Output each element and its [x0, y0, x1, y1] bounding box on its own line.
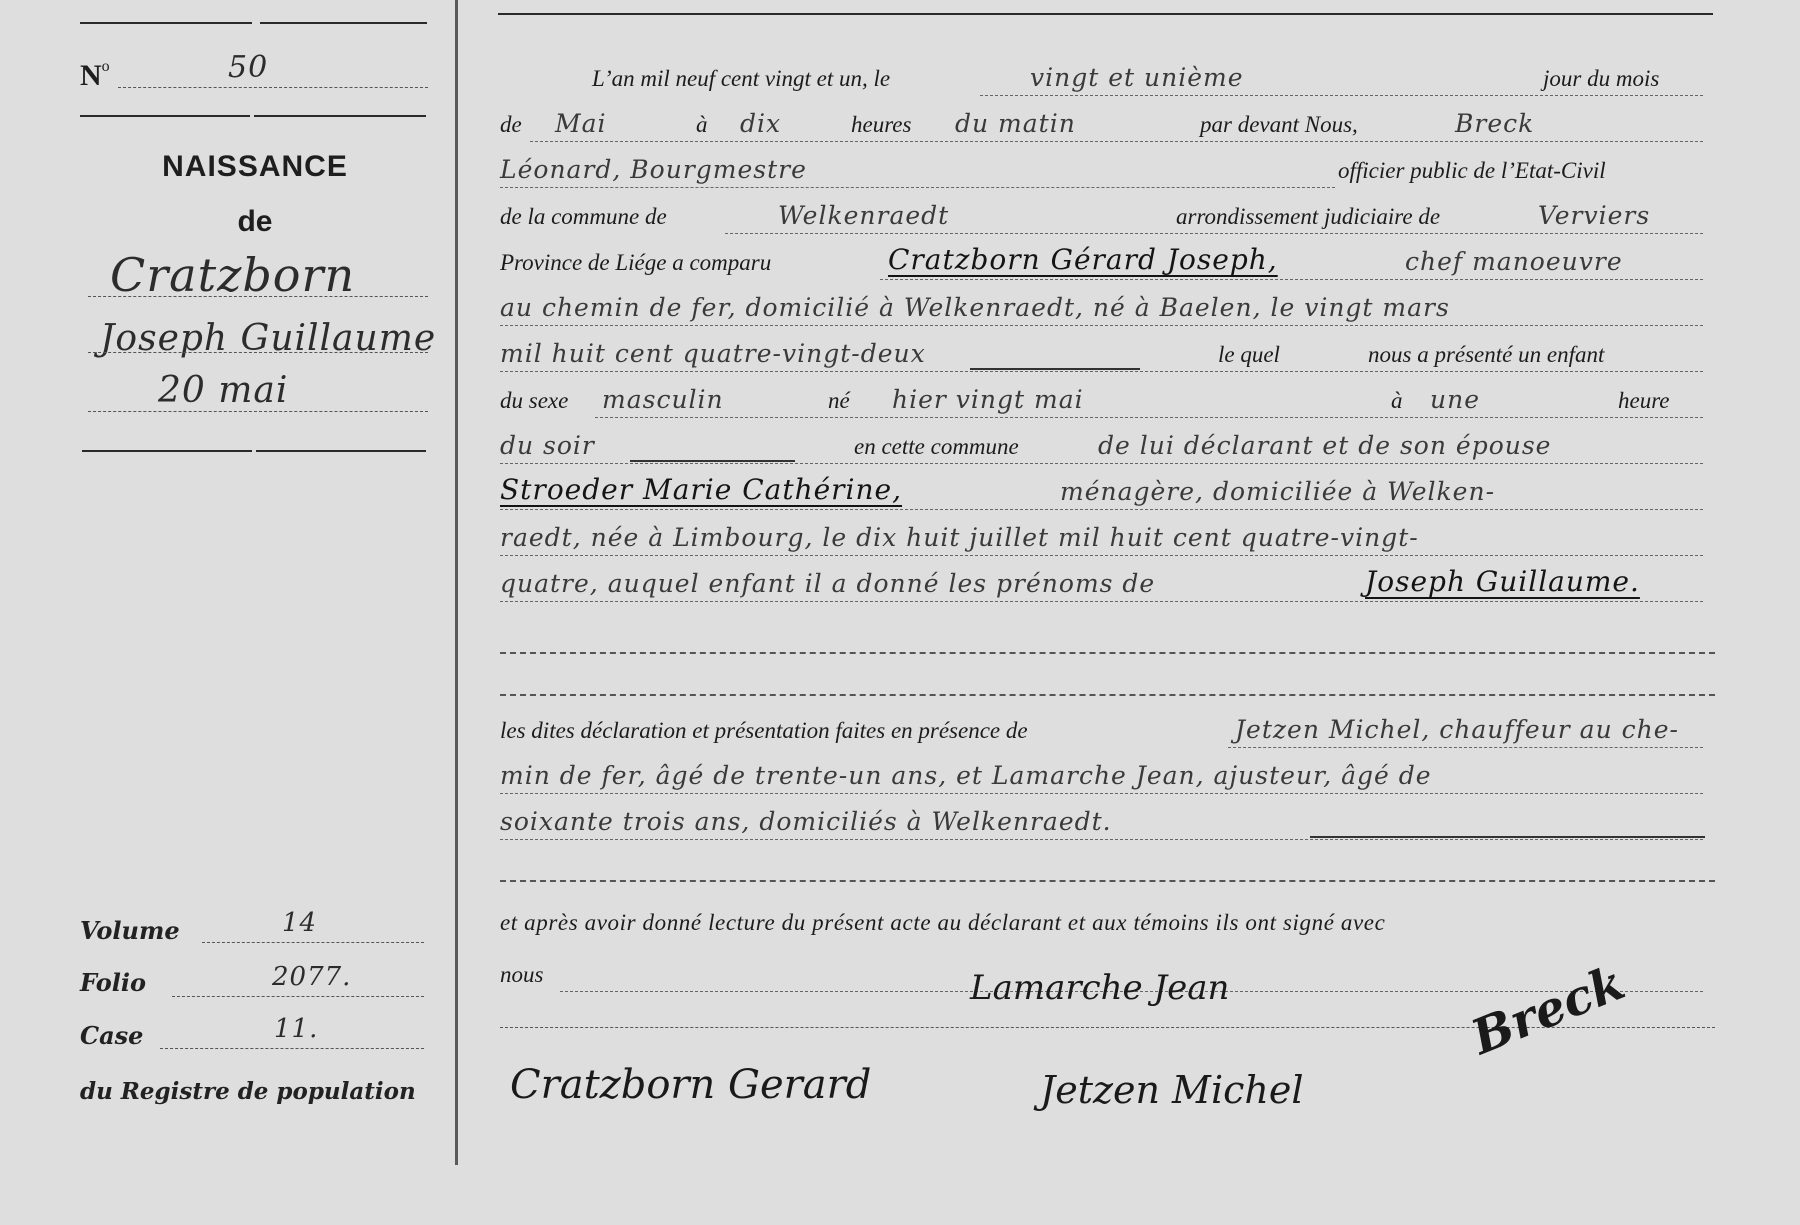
- act-line-1: L’an mil neuf cent vingt et un, le vingt…: [500, 56, 1715, 100]
- printed-text: jour du mois: [1535, 66, 1659, 92]
- act-line-4: de la commune de Welkenraedt arrondissem…: [500, 194, 1715, 238]
- fill-line: [500, 555, 1703, 556]
- signature-witness-2: Lamarche Jean: [970, 968, 1229, 1008]
- printed-text: et après avoir donné lecture du présent …: [500, 910, 1385, 936]
- folio-label: Folio: [80, 968, 146, 997]
- act-line-6: au chemin de fer, domicilié à Welkenraed…: [500, 286, 1715, 330]
- folio-line: [172, 996, 424, 997]
- printed-text: nous: [500, 962, 551, 988]
- record-type-title: NAISSANCE: [0, 150, 510, 184]
- judicial-district: Verviers: [1538, 201, 1650, 230]
- top-rule-left: [80, 22, 252, 24]
- day-of-month: vingt et unième: [1030, 63, 1244, 92]
- mother-occupation: ménagère, domiciliée à Welken-: [1060, 477, 1495, 506]
- blank-line: [500, 880, 1715, 882]
- fill-line: [500, 371, 1703, 372]
- child-surname: Cratzborn: [110, 248, 355, 302]
- fill-line: [500, 793, 1703, 794]
- declarant-birth-year: mil huit cent quatre-vingt-deux: [500, 339, 926, 368]
- printed-text: par devant Nous,: [1192, 112, 1366, 138]
- fill-line: [500, 509, 1703, 510]
- closing-line-1: et après avoir donné lecture du présent …: [500, 900, 1715, 944]
- witness-line-3: soixante trois ans, domiciliés à Welkenr…: [500, 800, 1715, 844]
- act-body: L’an mil neuf cent vingt et un, le vingt…: [500, 0, 1730, 1225]
- fill-line: [530, 141, 1703, 142]
- act-line-7: mil huit cent quatre-vingt-deux le quel …: [500, 332, 1715, 376]
- printed-text: du sexe: [500, 388, 568, 414]
- volume-label: Volume: [80, 916, 180, 945]
- commune: Welkenraedt: [778, 201, 949, 230]
- act-line-9: du soir en cette commune de lui déclaran…: [500, 424, 1715, 468]
- printed-text: heures: [845, 112, 917, 138]
- act-line-10: Stroeder Marie Cathérine, ménagère, domi…: [500, 470, 1715, 514]
- record-number: 50: [228, 50, 268, 85]
- given-names-line: [88, 352, 428, 353]
- witness-1-details: Jetzen Michel, chauffeur au che-: [1235, 715, 1679, 744]
- fill-line: [1228, 747, 1703, 748]
- parents-relation: de lui déclarant et de son épouse: [1098, 431, 1551, 460]
- folio-value: 2077.: [272, 962, 351, 992]
- printed-text: né: [822, 388, 856, 414]
- act-line-12: quatre, auquel enfant il a donné les pré…: [500, 562, 1715, 606]
- rule-under-number-left: [80, 115, 250, 117]
- surname-line: [88, 296, 428, 297]
- blank-segment: [630, 460, 795, 462]
- fill-line: [500, 187, 1335, 188]
- act-line-11: raedt, née à Limbourg, le dix huit juill…: [500, 516, 1715, 560]
- mother-name: Stroeder Marie Cathérine,: [500, 473, 902, 506]
- act-line-2: de Mai à dix heures du matin par devant …: [500, 102, 1715, 146]
- case-value: 11.: [274, 1014, 318, 1044]
- blank-segment: [1310, 836, 1705, 838]
- printed-text: de: [500, 112, 522, 138]
- officer-surname: Breck: [1455, 109, 1534, 138]
- child-given-names: Joseph Guillaume.: [1365, 565, 1640, 598]
- blank-line: [500, 652, 1715, 654]
- rule-under-name-right: [256, 450, 426, 452]
- child-sex: masculin: [602, 385, 724, 414]
- fill-line: [880, 279, 1703, 280]
- declarant-name: Cratzborn Gérard Joseph,: [888, 243, 1278, 276]
- birth-date-margin: 20 mai: [158, 370, 288, 411]
- case-label: Case: [80, 1021, 143, 1050]
- printed-text: arrondissement judiciaire de: [1168, 204, 1448, 230]
- birth-day: hier vingt mai: [892, 385, 1084, 414]
- printed-text: Province de Liége a comparu: [500, 250, 771, 276]
- vertical-divider: [455, 0, 458, 1165]
- printed-text: officier public de l’Etat-Civil: [1338, 158, 1606, 184]
- number-label: No: [80, 58, 110, 93]
- date-line: [88, 411, 428, 412]
- rule-under-name-left: [82, 450, 252, 452]
- printed-text: heure: [1612, 388, 1676, 414]
- signature-witness-1: Jetzen Michel: [1040, 1068, 1304, 1112]
- witness-line-1: les dites déclaration et présentation fa…: [500, 708, 1715, 752]
- witness-line-2: min de fer, âgé de trente-un ans, et Lam…: [500, 754, 1715, 798]
- declarant-details: au chemin de fer, domicilié à Welkenraed…: [500, 293, 1450, 322]
- fill-line: [725, 233, 1703, 234]
- number-dotted-line: [118, 87, 428, 88]
- act-line-8: du sexe masculin né hier vingt mai à une…: [500, 378, 1715, 422]
- printed-text: L’an mil neuf cent vingt et un, le: [592, 66, 890, 92]
- printed-text: le quel: [1212, 342, 1286, 368]
- blank-line: [500, 694, 1715, 696]
- hour: dix: [740, 109, 781, 138]
- birth-hour: une: [1430, 385, 1480, 414]
- declarant-occupation: chef manoeuvre: [1405, 247, 1623, 276]
- act-line-3: Léonard, Bourgmestre officier public de …: [500, 148, 1715, 192]
- month: Mai: [555, 109, 607, 138]
- printed-text: en cette commune: [848, 434, 1025, 460]
- birth-time-of-day: du soir: [500, 431, 595, 460]
- printed-text: à: [1385, 388, 1409, 414]
- mother-details: raedt, née à Limbourg, le dix huit juill…: [500, 523, 1419, 552]
- act-line-5: Province de Liége a comparu Cratzborn Gé…: [500, 240, 1715, 284]
- witnesses-domicile: soixante trois ans, domiciliés à Welkenr…: [500, 807, 1112, 836]
- time-of-day: du matin: [955, 109, 1076, 138]
- fill-line: [500, 839, 1703, 840]
- top-rule-right: [260, 22, 427, 24]
- fill-line: [500, 325, 1703, 326]
- rule-under-number-right: [254, 115, 426, 117]
- volume-line: [202, 942, 424, 943]
- fill-line: [595, 417, 1703, 418]
- signature-declarant: Cratzborn Gerard: [510, 1062, 871, 1108]
- witness-2-details: min de fer, âgé de trente-un ans, et Lam…: [500, 761, 1432, 790]
- birth-certificate-page: No 50 NAISSANCE de Cratzborn Joseph Guil…: [0, 0, 1800, 1225]
- printed-text: à: [690, 112, 714, 138]
- blank-segment: [970, 368, 1140, 370]
- fill-line: [500, 601, 1703, 602]
- top-rule: [498, 13, 1713, 15]
- registry-footer: du Registre de population: [80, 1078, 416, 1105]
- printed-text: de la commune de: [500, 204, 667, 230]
- printed-text: les dites déclaration et présentation fa…: [500, 718, 1028, 744]
- margin-panel: No 50 NAISSANCE de Cratzborn Joseph Guil…: [0, 0, 455, 1225]
- record-type-de: de: [0, 205, 510, 239]
- officer-name-title: Léonard, Bourgmestre: [500, 155, 807, 184]
- case-line: [160, 1048, 424, 1049]
- naming-clause: quatre, auquel enfant il a donné les pré…: [500, 569, 1155, 598]
- volume-value: 14: [282, 908, 317, 938]
- fill-line: [500, 463, 1703, 464]
- fill-line: [980, 95, 1703, 96]
- printed-text: nous a présenté un enfant: [1360, 342, 1604, 368]
